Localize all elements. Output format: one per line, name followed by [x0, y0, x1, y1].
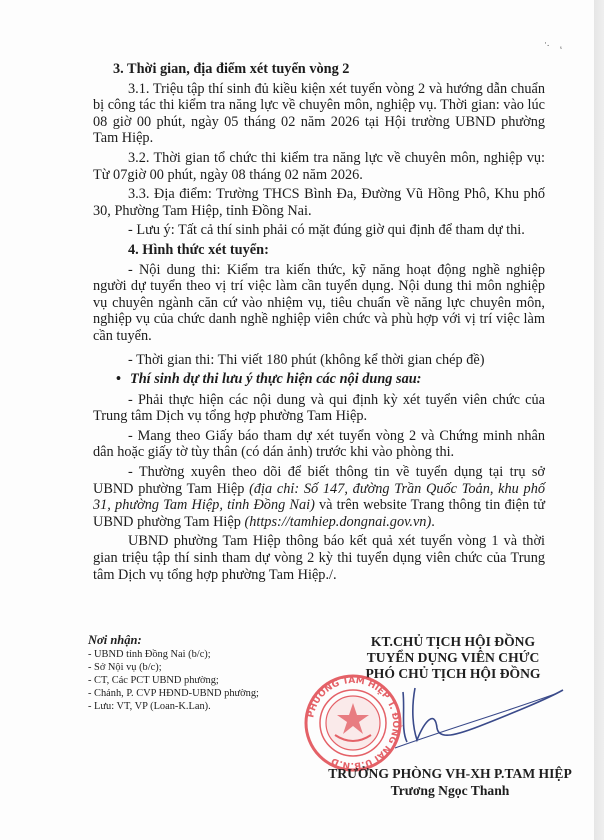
paragraph-3-1: 3.1. Triệu tập thí sinh đủ kiều kiện xét…	[93, 81, 545, 147]
section-3-heading: 3. Thời gian, địa điểm xét tuyển vòng 2	[93, 61, 545, 78]
recipients-block: Nơi nhận: - UBND tỉnh Đồng Nai (b/c); - …	[88, 634, 328, 713]
requirement-3: - Thường xuyên theo dõi để biết thông ti…	[93, 464, 545, 530]
note: - Lưu ý: Tất cả thí sinh phải có mặt đún…	[93, 222, 545, 239]
requirement-1: - Phải thực hiện các nội dung và qui địn…	[93, 392, 545, 425]
scan-edge	[594, 0, 604, 840]
signer-position: TRƯỞNG PHÒNG VH-XH P.TAM HIỆP	[290, 765, 604, 782]
website-link[interactable]: (https://tamhiep.dongnai.gov.vn)	[244, 514, 431, 530]
scan-speck: ·.	[544, 38, 549, 48]
requirement-2: - Mang theo Giấy báo tham dự xét tuyển v…	[93, 428, 545, 461]
recipients-title: Nơi nhận:	[88, 634, 328, 647]
recipient-item: - CT, Các PCT UBND phường;	[88, 674, 328, 687]
recipient-item: - Lưu: VT, VP (Loan-K.Lan).	[88, 700, 328, 713]
recipient-item: - Sở Nội vụ (b/c);	[88, 661, 328, 674]
notice-bullet: •Thí sinh dự thi lưu ý thực hiện các nội…	[93, 371, 545, 388]
signature-line-1: KT.CHỦ TỊCH HỘI ĐỒNG	[318, 634, 588, 650]
exam-content: - Nội dung thi: Kiểm tra kiến thức, kỹ n…	[93, 262, 545, 345]
paragraph-3-3: 3.3. Địa điểm: Trường THCS Bình Đa, Đườn…	[93, 186, 545, 219]
paragraph-3-2: 3.2. Thời gian tổ chức thi kiểm tra năng…	[93, 150, 545, 183]
recipient-item: - UBND tỉnh Đồng Nai (b/c);	[88, 648, 328, 661]
signature-scribble-icon	[395, 680, 565, 750]
document-page: ·. ˢ 3. Thời gian, địa điểm xét tuyển vò…	[0, 0, 594, 840]
closing-paragraph: UBND phường Tam Hiệp thông báo kết quả x…	[93, 533, 545, 583]
section-4-heading: 4. Hình thức xét tuyển:	[93, 242, 545, 259]
signer-block: TRƯỞNG PHÒNG VH-XH P.TAM HIỆP Trương Ngọ…	[290, 765, 604, 799]
official-stamp-icon: PHƯỜNG TAM HIỆP T. ĐỒNG NAI U.B.N.D	[303, 673, 403, 773]
bullet-heading: Thí sinh dự thi lưu ý thực hiện các nội …	[130, 371, 421, 387]
signature-line-2: TUYỂN DỤNG VIÊN CHỨC	[318, 650, 588, 666]
document-body: 3. Thời gian, địa điểm xét tuyển vòng 2 …	[93, 61, 545, 586]
recipient-item: - Chánh, P. CVP HĐND-UBND phường;	[88, 687, 328, 700]
exam-duration: - Thời gian thi: Thi viết 180 phút (khôn…	[93, 352, 545, 369]
scan-speck: ˢ	[560, 44, 562, 53]
signer-name: Trương Ngọc Thanh	[290, 782, 604, 799]
bullet-icon: •	[116, 371, 130, 388]
